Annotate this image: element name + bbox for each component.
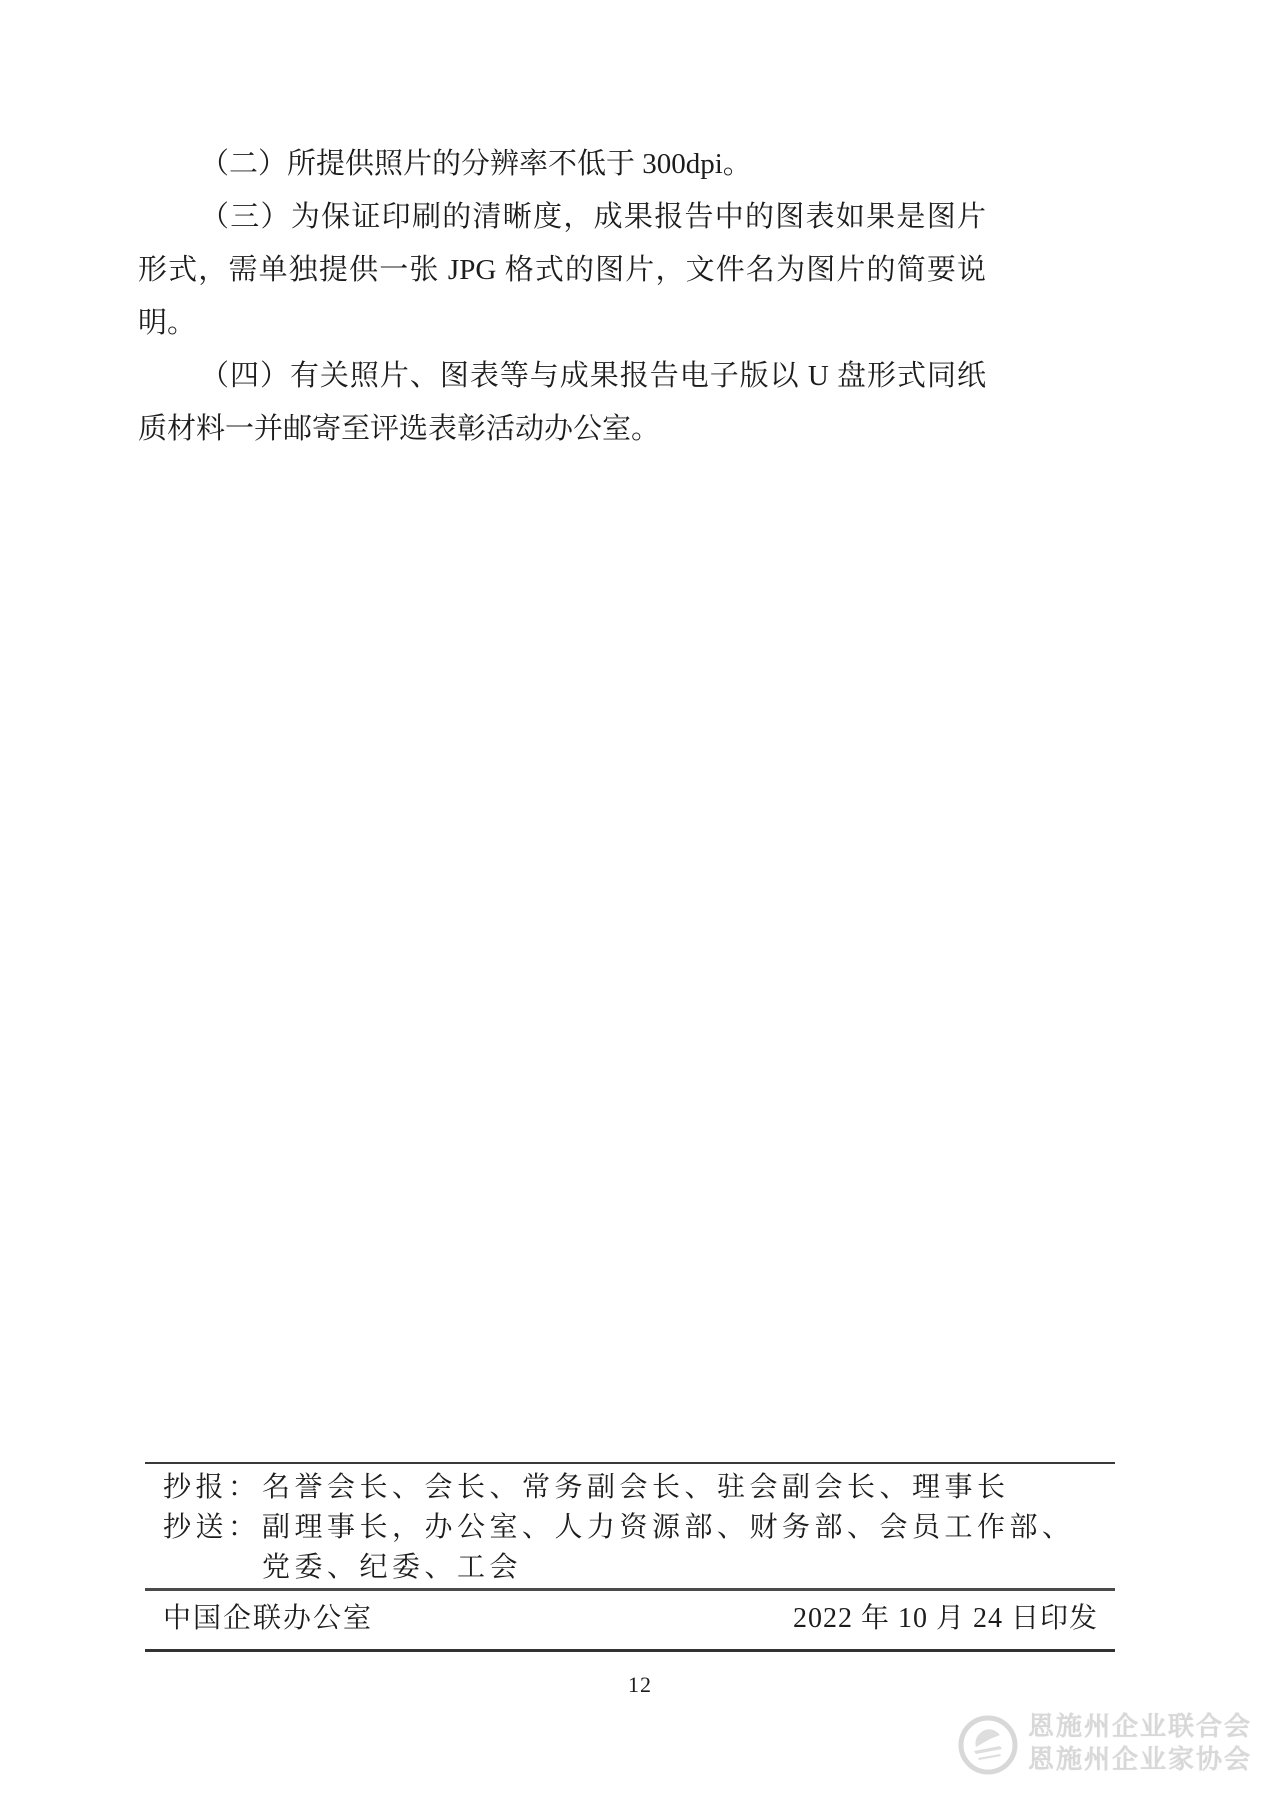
watermark-line-2: 恩施州企业家协会 bbox=[1028, 1743, 1252, 1776]
body-line-2: （三）为保证印刷的清晰度，成果报告中的图表如果是图片 bbox=[138, 191, 986, 244]
watermark-text: 恩施州企业联合会 恩施州企业家协会 bbox=[1028, 1710, 1252, 1776]
issue-date: 2022 年 10 月 24 日印发 bbox=[793, 1601, 1098, 1637]
body-line-6: 质材料一并邮寄至评选表彰活动办公室。 bbox=[138, 403, 986, 456]
issuer-name: 中国企联办公室 bbox=[163, 1601, 373, 1637]
footer-rule-bottom bbox=[145, 1649, 1115, 1652]
copy-report-content: 名誉会长、会长、常务副会长、驻会副会长、理事长 bbox=[262, 1468, 1115, 1508]
copy-send-label: 抄送： bbox=[163, 1508, 262, 1548]
watermark-line-1: 恩施州企业联合会 bbox=[1028, 1710, 1252, 1743]
document-page: （二）所提供照片的分辨率不低于 300dpi。 （三）为保证印刷的清晰度，成果报… bbox=[0, 0, 1280, 1809]
copy-report-label: 抄报： bbox=[163, 1468, 262, 1508]
copy-send-content-line1: 副理事长，办公室、人力资源部、财务部、会员工作部、 bbox=[262, 1508, 1115, 1548]
watermark: 恩施州企业联合会 恩施州企业家协会 bbox=[956, 1710, 1252, 1782]
page-number: 12 bbox=[0, 1672, 1280, 1698]
body-line-3: 形式，需单独提供一张 JPG 格式的图片，文件名为图片的简要说 bbox=[138, 244, 986, 297]
footer-block: 抄报： 名誉会长、会长、常务副会长、驻会副会长、理事长 抄送： 副理事长，办公室… bbox=[145, 1462, 1115, 1652]
body-text: （二）所提供照片的分辨率不低于 300dpi。 （三）为保证印刷的清晰度，成果报… bbox=[138, 138, 986, 456]
copy-report-row: 抄报： 名誉会长、会长、常务副会长、驻会副会长、理事长 bbox=[145, 1468, 1115, 1508]
issuer-row: 中国企联办公室 2022 年 10 月 24 日印发 bbox=[145, 1591, 1115, 1649]
copy-send-row: 抄送： 副理事长，办公室、人力资源部、财务部、会员工作部、 bbox=[145, 1508, 1115, 1548]
body-line-1: （二）所提供照片的分辨率不低于 300dpi。 bbox=[138, 138, 986, 191]
copy-send-label-spacer bbox=[163, 1548, 262, 1588]
association-logo-icon bbox=[956, 1713, 1020, 1782]
body-line-4: 明。 bbox=[138, 297, 986, 350]
copy-send-row-continued: 党委、纪委、工会 bbox=[145, 1548, 1115, 1588]
footer-distribution-rows: 抄报： 名誉会长、会长、常务副会长、驻会副会长、理事长 抄送： 副理事长，办公室… bbox=[145, 1464, 1115, 1588]
body-line-5: （四）有关照片、图表等与成果报告电子版以 U 盘形式同纸 bbox=[138, 350, 986, 403]
copy-send-content-line2: 党委、纪委、工会 bbox=[262, 1548, 1115, 1588]
